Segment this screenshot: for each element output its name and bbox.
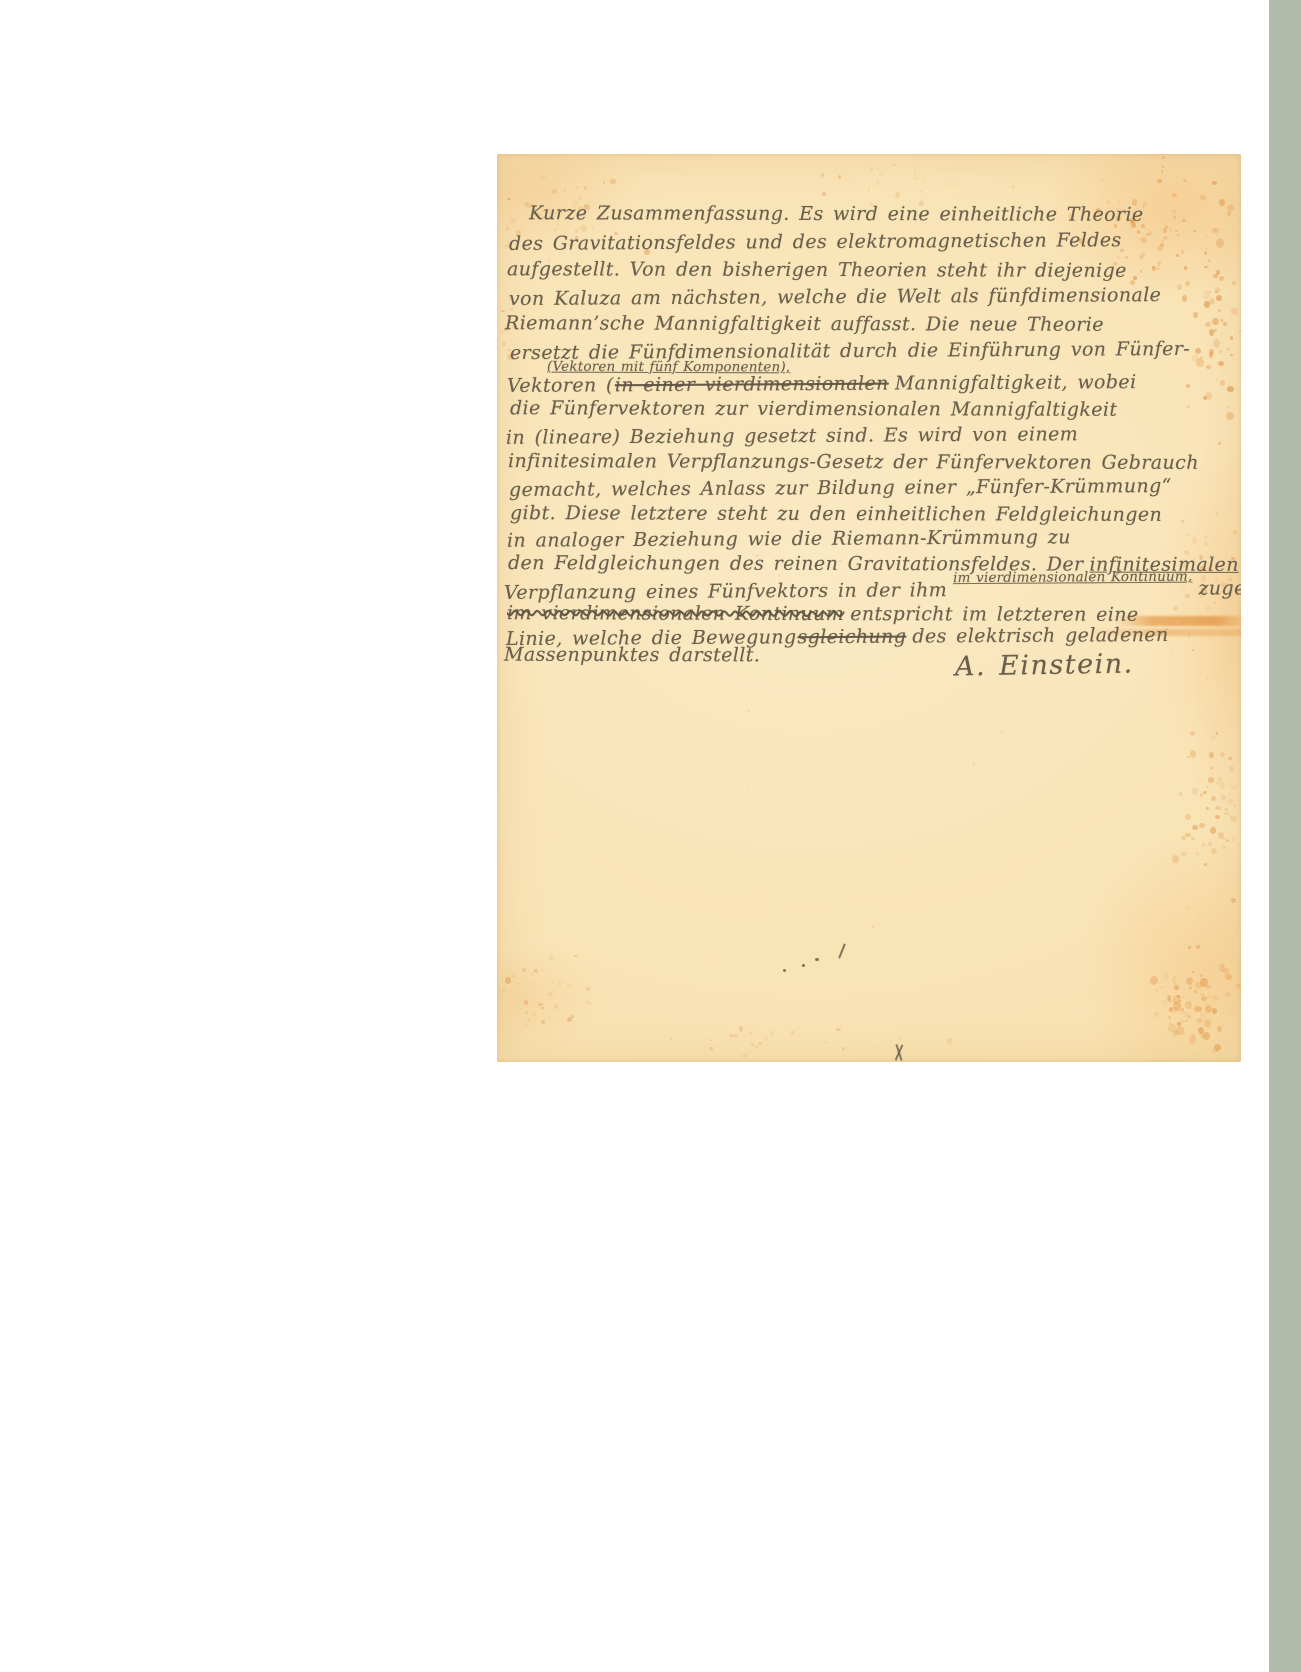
foxing-speck bbox=[1161, 986, 1164, 988]
foxing-speck bbox=[586, 987, 590, 991]
foxing-speck bbox=[1100, 179, 1105, 183]
foxing-speck bbox=[1196, 1018, 1203, 1023]
foxing-speck bbox=[1205, 322, 1211, 327]
foxing-speck bbox=[538, 1003, 542, 1006]
foxing-speck bbox=[1225, 808, 1227, 811]
line-text: entspricht im letzteren eine bbox=[850, 603, 1138, 626]
foxing-speck bbox=[1177, 995, 1180, 998]
foxing-speck bbox=[1228, 757, 1232, 760]
foxing-speck bbox=[1216, 270, 1220, 274]
foxing-speck bbox=[1180, 852, 1186, 857]
foxing-speck bbox=[579, 197, 582, 200]
foxing-speck bbox=[729, 1034, 733, 1037]
foxing-speck bbox=[1188, 946, 1191, 949]
foxing-speck bbox=[1164, 973, 1169, 979]
foxing-speck bbox=[829, 749, 831, 750]
foxing-speck bbox=[1211, 1049, 1218, 1054]
foxing-speck bbox=[1203, 1032, 1210, 1040]
foxing-speck bbox=[905, 1042, 907, 1043]
foxing-speck bbox=[1233, 804, 1237, 807]
foxing-speck bbox=[502, 342, 506, 346]
foxing-speck bbox=[531, 973, 534, 976]
foxing-speck bbox=[564, 189, 566, 191]
foxing-speck bbox=[947, 1038, 952, 1044]
foxing-speck bbox=[842, 1047, 845, 1050]
foxing-speck bbox=[1168, 999, 1171, 1002]
foxing-speck bbox=[1211, 796, 1216, 801]
foxing-speck bbox=[533, 181, 535, 183]
line-text: Verpflanzung eines Fünfvektors in der ih… bbox=[504, 579, 947, 604]
foxing-speck bbox=[1210, 827, 1217, 834]
struck-text: sgleichung bbox=[797, 626, 906, 649]
foxing-speck bbox=[1168, 1024, 1175, 1032]
foxing-speck bbox=[1181, 519, 1183, 521]
foxing-speck bbox=[1204, 1019, 1211, 1029]
foxing-speck bbox=[1192, 971, 1194, 973]
foxing-speck bbox=[764, 1036, 768, 1041]
foxing-speck bbox=[1203, 396, 1208, 401]
foxing-speck bbox=[1205, 218, 1207, 220]
foxing-speck bbox=[1209, 298, 1215, 305]
foxing-speck bbox=[1188, 636, 1190, 639]
foxing-speck bbox=[920, 190, 923, 193]
foxing-speck bbox=[1234, 616, 1236, 619]
foxing-speck bbox=[1205, 536, 1207, 538]
foxing-speck bbox=[1223, 968, 1229, 975]
foxing-speck bbox=[1146, 154, 1148, 155]
foxing-speck bbox=[1154, 1012, 1159, 1017]
foxing-speck bbox=[1174, 620, 1179, 623]
foxing-speck bbox=[1173, 606, 1178, 611]
manuscript-page: Kurze Zusammenfassung. Es wird eine einh… bbox=[497, 154, 1241, 1062]
foxing-speck bbox=[770, 1031, 774, 1036]
manuscript-line-04: von Kaluza am nächsten, welche die Welt … bbox=[509, 283, 1161, 311]
pen-mark-cross bbox=[891, 1044, 906, 1061]
foxing-speck bbox=[1216, 238, 1224, 248]
foxing-speck bbox=[1141, 252, 1145, 257]
manuscript-line-03: aufgestellt. Von den bisherigen Theorien… bbox=[507, 257, 1127, 283]
foxing-speck bbox=[1219, 199, 1225, 206]
foxing-speck bbox=[1219, 350, 1222, 353]
foxing-speck bbox=[946, 731, 948, 733]
foxing-speck bbox=[1184, 266, 1187, 270]
foxing-speck bbox=[533, 969, 536, 971]
foxing-speck bbox=[670, 1038, 672, 1041]
foxing-speck bbox=[1181, 1008, 1184, 1012]
foxing-speck bbox=[1214, 602, 1216, 604]
foxing-speck bbox=[524, 1000, 528, 1005]
manuscript-line-05: Riemann’sche Mannigfaltigkeit auffasst. … bbox=[505, 311, 1104, 337]
foxing-speck bbox=[1103, 193, 1105, 195]
foxing-speck bbox=[527, 1019, 530, 1021]
foxing-speck bbox=[1205, 543, 1207, 545]
foxing-speck bbox=[1200, 793, 1203, 797]
foxing-speck bbox=[1214, 1044, 1221, 1051]
foxing-speck bbox=[557, 982, 563, 988]
foxing-speck bbox=[554, 1004, 559, 1010]
foxing-speck bbox=[1185, 814, 1192, 821]
foxing-speck bbox=[1183, 847, 1185, 849]
foxing-speck bbox=[1208, 777, 1214, 782]
foxing-speck bbox=[1198, 1027, 1205, 1034]
foxing-speck bbox=[908, 862, 910, 864]
scan-background: Kurze Zusammenfassung. Es wird eine einh… bbox=[0, 0, 1301, 1672]
foxing-speck bbox=[1162, 240, 1165, 242]
foxing-speck bbox=[1200, 1033, 1205, 1038]
line-text: zugeordneten Richtung bbox=[1198, 576, 1241, 599]
foxing-speck bbox=[876, 181, 879, 185]
foxing-speck bbox=[1216, 378, 1218, 381]
foxing-speck bbox=[1155, 989, 1158, 992]
foxing-speck bbox=[893, 164, 895, 166]
foxing-speck bbox=[1213, 339, 1220, 348]
foxing-speck bbox=[1172, 649, 1174, 652]
foxing-speck bbox=[1208, 842, 1212, 846]
struck-text: in einer vierdimensionalen bbox=[615, 373, 889, 397]
foxing-speck bbox=[1212, 318, 1219, 325]
foxing-speck bbox=[1194, 990, 1197, 993]
foxing-speck bbox=[1179, 1009, 1184, 1014]
foxing-speck bbox=[1171, 978, 1173, 980]
foxing-speck bbox=[1185, 281, 1190, 286]
foxing-speck bbox=[742, 1054, 747, 1058]
foxing-speck bbox=[1163, 236, 1167, 240]
foxing-speck bbox=[1139, 255, 1143, 259]
foxing-speck bbox=[1187, 756, 1190, 759]
foxing-speck bbox=[1213, 274, 1219, 278]
foxing-speck bbox=[1191, 1033, 1195, 1037]
foxing-speck bbox=[1218, 309, 1221, 312]
foxing-speck bbox=[914, 167, 916, 170]
foxing-speck bbox=[1219, 276, 1224, 281]
foxing-speck bbox=[758, 1042, 762, 1045]
foxing-speck bbox=[1177, 234, 1179, 236]
foxing-speck bbox=[1200, 1012, 1207, 1018]
foxing-speck bbox=[1185, 1001, 1192, 1009]
foxing-speck bbox=[1230, 354, 1232, 356]
foxing-speck bbox=[1171, 1000, 1175, 1003]
foxing-speck bbox=[1201, 996, 1207, 1001]
foxing-speck bbox=[1226, 412, 1234, 420]
foxing-speck bbox=[1206, 236, 1208, 238]
foxing-speck bbox=[1213, 329, 1217, 332]
foxing-speck bbox=[1173, 1030, 1179, 1037]
foxing-speck bbox=[1172, 978, 1177, 984]
foxing-speck bbox=[533, 1013, 536, 1016]
foxing-speck bbox=[954, 184, 956, 186]
foxing-speck bbox=[1223, 267, 1226, 269]
foxing-speck bbox=[1193, 230, 1196, 232]
foxing-speck bbox=[1192, 354, 1198, 362]
foxing-speck bbox=[1195, 348, 1201, 354]
foxing-speck bbox=[1181, 996, 1185, 999]
foxing-speck bbox=[541, 969, 544, 971]
foxing-speck bbox=[1209, 291, 1212, 293]
foxing-speck bbox=[1141, 237, 1147, 243]
foxing-speck bbox=[1181, 520, 1184, 524]
foxing-speck bbox=[1218, 442, 1221, 445]
foxing-speck bbox=[1189, 986, 1193, 991]
foxing-speck bbox=[940, 187, 942, 189]
foxing-speck bbox=[1210, 300, 1214, 303]
foxing-speck bbox=[1162, 1000, 1167, 1005]
foxing-speck bbox=[1172, 193, 1177, 198]
foxing-speck bbox=[1168, 1016, 1170, 1019]
foxing-speck bbox=[549, 955, 554, 961]
foxing-speck bbox=[822, 192, 826, 196]
foxing-speck bbox=[576, 186, 579, 189]
foxing-speck bbox=[1183, 1012, 1189, 1018]
foxing-speck bbox=[1194, 1006, 1202, 1011]
foxing-speck bbox=[541, 1007, 544, 1010]
foxing-speck bbox=[603, 181, 605, 184]
foxing-speck bbox=[1225, 974, 1231, 981]
foxing-speck bbox=[1223, 322, 1227, 326]
foxing-speck bbox=[1224, 812, 1229, 816]
foxing-speck bbox=[825, 1041, 827, 1043]
foxing-speck bbox=[1220, 782, 1225, 789]
foxing-speck bbox=[1208, 259, 1211, 262]
foxing-speck bbox=[1218, 361, 1224, 366]
manuscript-line-10: infinitesimalen Verpflanzungs-Gesetz der… bbox=[508, 449, 1199, 475]
foxing-speck bbox=[1203, 290, 1211, 300]
foxing-speck bbox=[1162, 166, 1164, 169]
foxing-speck bbox=[1174, 216, 1177, 219]
foxing-speck bbox=[574, 955, 577, 957]
foxing-speck bbox=[1204, 251, 1208, 256]
foxing-speck bbox=[552, 189, 558, 194]
foxing-speck bbox=[1133, 276, 1138, 280]
foxing-speck bbox=[787, 891, 788, 892]
foxing-speck bbox=[1227, 348, 1230, 351]
foxing-speck bbox=[1174, 985, 1180, 990]
foxing-speck bbox=[1175, 230, 1178, 232]
foxing-speck bbox=[1183, 179, 1188, 183]
foxing-speck bbox=[1169, 1022, 1171, 1025]
foxing-speck bbox=[1150, 976, 1158, 985]
foxing-speck bbox=[1190, 750, 1196, 758]
foxing-speck bbox=[1196, 945, 1200, 949]
foxing-speck bbox=[1199, 823, 1205, 828]
foxing-speck bbox=[1182, 295, 1188, 302]
line-text: des elektrisch geladenen bbox=[912, 624, 1168, 648]
foxing-speck bbox=[1163, 228, 1167, 232]
foxing-speck bbox=[1203, 791, 1207, 795]
foxing-speck bbox=[1196, 358, 1204, 367]
foxing-speck bbox=[1216, 295, 1222, 301]
foxing-speck bbox=[1200, 978, 1207, 987]
foxing-speck bbox=[1205, 606, 1210, 611]
foxing-speck bbox=[1215, 806, 1221, 810]
foxing-speck bbox=[1211, 848, 1217, 854]
foxing-speck bbox=[1232, 281, 1237, 285]
foxing-speck bbox=[590, 1002, 594, 1006]
foxing-speck bbox=[751, 1043, 755, 1046]
foxing-speck bbox=[1204, 247, 1208, 250]
interlinear-insertion: im vierdimensionalen Kontinuum, bbox=[953, 569, 1192, 586]
foxing-speck bbox=[836, 1028, 841, 1032]
foxing-speck bbox=[1185, 1020, 1188, 1022]
foxing-speck bbox=[950, 183, 953, 186]
foxing-speck bbox=[650, 723, 652, 726]
foxing-speck bbox=[868, 189, 870, 192]
foxing-speck bbox=[534, 969, 538, 973]
foxing-speck bbox=[743, 893, 746, 896]
foxing-speck bbox=[519, 1008, 521, 1010]
foxing-speck bbox=[1173, 995, 1181, 1005]
foxing-speck bbox=[1231, 308, 1239, 315]
foxing-speck bbox=[1230, 336, 1233, 340]
foxing-speck bbox=[1200, 974, 1203, 977]
foxing-speck bbox=[512, 975, 515, 978]
foxing-speck bbox=[1192, 825, 1198, 830]
pen-mark-dot bbox=[783, 969, 786, 972]
foxing-speck bbox=[852, 178, 854, 180]
foxing-speck bbox=[995, 731, 997, 733]
manuscript-line-02: des Gravitationsfeldes und des elektroma… bbox=[509, 228, 1122, 256]
foxing-speck bbox=[1180, 1019, 1185, 1023]
foxing-speck bbox=[709, 1047, 713, 1051]
foxing-speck bbox=[1139, 238, 1143, 241]
pen-mark-slash bbox=[838, 943, 846, 959]
foxing-speck bbox=[1227, 799, 1234, 804]
foxing-speck bbox=[1080, 255, 1082, 257]
manuscript-line-13: in analoger Beziehung wie die Riemann-Kr… bbox=[507, 525, 1071, 552]
foxing-speck bbox=[747, 788, 750, 791]
foxing-speck bbox=[1200, 195, 1206, 200]
foxing-speck bbox=[1182, 1033, 1185, 1036]
foxing-speck bbox=[1195, 982, 1202, 989]
struck-text: im vierdimensionalen Kontinuum bbox=[507, 602, 844, 625]
foxing-speck bbox=[1193, 824, 1198, 830]
foxing-speck bbox=[1216, 782, 1220, 785]
foxing-speck bbox=[1161, 170, 1164, 173]
foxing-speck bbox=[1210, 735, 1216, 740]
foxing-speck bbox=[1221, 795, 1226, 800]
manuscript-line-11: gemacht, welches Anlass zur Bildung eine… bbox=[509, 474, 1172, 502]
line-text: Vektoren ( bbox=[507, 374, 614, 397]
foxing-speck bbox=[541, 1020, 546, 1024]
foxing-speck bbox=[1157, 246, 1163, 251]
foxing-speck bbox=[1209, 349, 1214, 355]
manuscript-line-18: Massenpunktes darstellt. bbox=[504, 643, 760, 668]
foxing-speck bbox=[1230, 815, 1237, 823]
foxing-speck bbox=[1205, 1005, 1212, 1013]
foxing-speck bbox=[1173, 1001, 1181, 1010]
foxing-speck bbox=[1181, 250, 1184, 254]
foxing-speck bbox=[1227, 205, 1234, 212]
foxing-speck bbox=[1219, 964, 1226, 972]
manuscript-line-09: in (lineare) Beziehung gesetzt sind. Es … bbox=[506, 422, 1078, 449]
foxing-speck bbox=[552, 981, 554, 983]
foxing-speck bbox=[1147, 229, 1149, 230]
foxing-speck bbox=[915, 178, 918, 181]
foxing-speck bbox=[547, 986, 549, 987]
foxing-speck bbox=[1184, 546, 1186, 548]
foxing-speck bbox=[584, 186, 587, 190]
foxing-speck bbox=[1215, 815, 1220, 819]
foxing-speck bbox=[1203, 516, 1205, 518]
foxing-speck bbox=[1227, 406, 1230, 409]
foxing-speck bbox=[1204, 301, 1210, 308]
foxing-speck bbox=[525, 1011, 529, 1014]
foxing-speck bbox=[1152, 266, 1156, 271]
foxing-speck bbox=[791, 1031, 795, 1035]
foxing-speck bbox=[1206, 265, 1210, 268]
foxing-speck bbox=[1190, 731, 1196, 737]
foxing-speck bbox=[739, 1029, 741, 1031]
foxing-speck bbox=[1220, 380, 1225, 386]
foxing-speck bbox=[1169, 228, 1172, 231]
foxing-speck bbox=[1157, 179, 1162, 182]
foxing-speck bbox=[1192, 788, 1198, 795]
foxing-speck bbox=[1199, 777, 1201, 780]
foxing-speck bbox=[592, 226, 595, 228]
pen-mark-dot bbox=[802, 964, 805, 967]
manuscript-line-08: die Fünfervektoren zur vierdimensionalen… bbox=[510, 396, 1118, 422]
foxing-speck bbox=[1236, 983, 1241, 989]
foxing-speck bbox=[533, 958, 535, 960]
foxing-speck bbox=[567, 984, 571, 988]
foxing-speck bbox=[1202, 843, 1205, 847]
foxing-speck bbox=[507, 198, 511, 201]
foxing-speck bbox=[1225, 992, 1231, 997]
foxing-speck bbox=[749, 1031, 753, 1035]
foxing-speck bbox=[1231, 785, 1237, 791]
foxing-speck bbox=[1177, 284, 1182, 290]
foxing-speck bbox=[1146, 233, 1149, 236]
foxing-speck bbox=[1181, 836, 1186, 841]
foxing-speck bbox=[734, 1034, 738, 1037]
foxing-speck bbox=[1227, 211, 1231, 216]
manuscript-line-01: Kurze Zusammenfassung. Es wird eine einh… bbox=[529, 201, 1144, 227]
foxing-speck bbox=[506, 227, 509, 231]
foxing-speck bbox=[1223, 846, 1226, 849]
right-color-bar bbox=[1269, 0, 1301, 1672]
foxing-speck bbox=[879, 174, 882, 176]
foxing-speck bbox=[1216, 512, 1218, 515]
foxing-speck bbox=[898, 1037, 901, 1041]
foxing-speck bbox=[1209, 352, 1214, 358]
signature: A. Einstein. bbox=[955, 652, 1134, 679]
foxing-speck bbox=[522, 968, 526, 972]
foxing-speck bbox=[1172, 855, 1179, 863]
foxing-speck bbox=[1217, 1026, 1222, 1032]
foxing-speck bbox=[1209, 752, 1214, 758]
foxing-speck bbox=[1169, 1007, 1173, 1012]
foxing-speck bbox=[933, 817, 935, 819]
foxing-speck bbox=[1176, 254, 1179, 257]
foxing-speck bbox=[871, 926, 874, 929]
foxing-speck bbox=[1185, 833, 1191, 837]
foxing-speck bbox=[1206, 985, 1211, 989]
foxing-speck bbox=[1187, 405, 1190, 408]
foxing-speck bbox=[1182, 219, 1186, 222]
foxing-speck bbox=[1227, 386, 1234, 392]
foxing-speck bbox=[1161, 206, 1163, 208]
foxing-speck bbox=[914, 174, 916, 176]
foxing-speck bbox=[1205, 392, 1212, 400]
foxing-speck bbox=[820, 1033, 822, 1035]
foxing-speck bbox=[1160, 243, 1165, 248]
foxing-speck bbox=[1193, 312, 1198, 318]
foxing-speck bbox=[1206, 786, 1208, 788]
foxing-speck bbox=[517, 983, 519, 985]
foxing-speck bbox=[1011, 185, 1015, 189]
foxing-speck bbox=[500, 330, 504, 335]
pen-mark-dot bbox=[815, 958, 819, 961]
line-text: Mannigfaltigkeit, wobei bbox=[895, 371, 1137, 394]
